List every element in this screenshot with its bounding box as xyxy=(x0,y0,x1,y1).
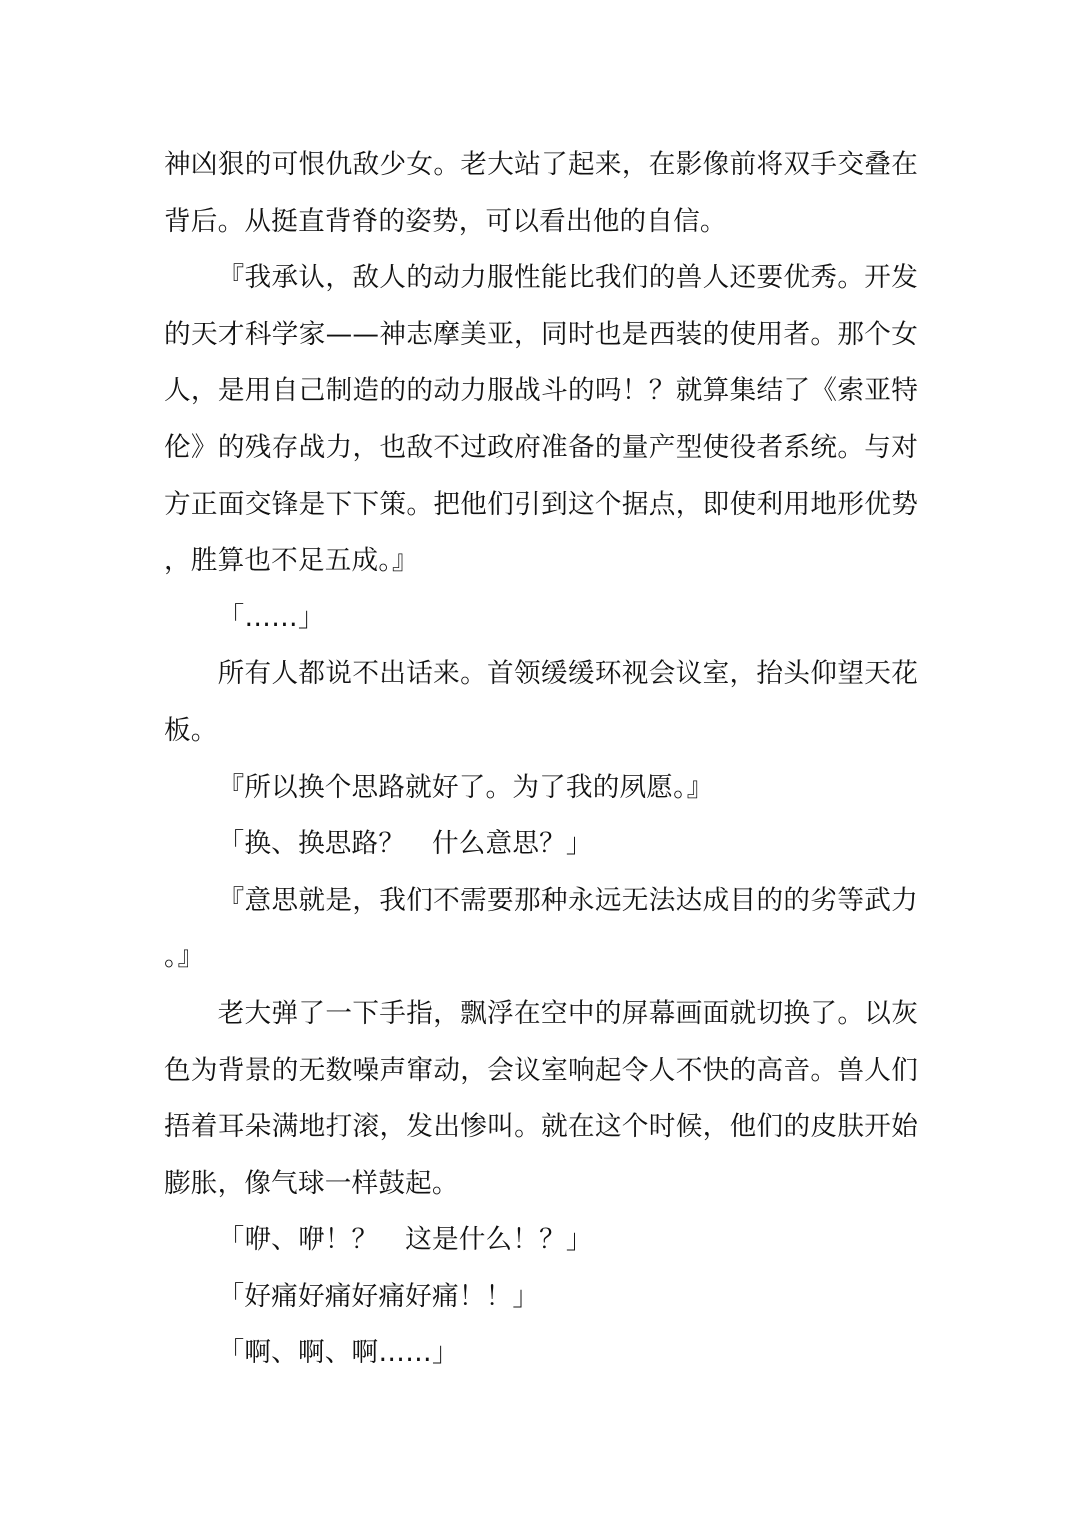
paragraph-6: 「换、换思路？ 什么意思？」 xyxy=(164,816,918,873)
paragraph-8: 老大弹了一下手指，飘浮在空中的屏幕画面就切换了。以灰色为背景的无数噪声窜动，会议… xyxy=(164,986,918,1212)
paragraph-3: 「……」 xyxy=(164,590,918,647)
paragraph-4: 所有人都说不出话来。首领缓缓环视会议室，抬头仰望天花板。 xyxy=(164,646,918,759)
document-page: 神凶狠的可恨仇敌少女。老大站了起来，在影像前将双手交叠在背后。从挺直背脊的姿势，… xyxy=(164,137,918,1382)
paragraph-2: 『我承认，敌人的动力服性能比我们的兽人还要优秀。开发的天才科学家——神志摩美亚，… xyxy=(164,250,918,590)
paragraph-5: 『所以换个思路就好了。为了我的夙愿。』 xyxy=(164,760,918,817)
paragraph-1: 神凶狠的可恨仇敌少女。老大站了起来，在影像前将双手交叠在背后。从挺直背脊的姿势，… xyxy=(164,137,918,250)
paragraph-7: 『意思就是，我们不需要那种永远无法达成目的的劣等武力。』 xyxy=(164,873,918,986)
paragraph-10: 「好痛好痛好痛好痛！！」 xyxy=(164,1269,918,1326)
paragraph-9: 「咿、咿！？ 这是什么！？」 xyxy=(164,1212,918,1269)
paragraph-11: 「啊、啊、啊……」 xyxy=(164,1325,918,1382)
